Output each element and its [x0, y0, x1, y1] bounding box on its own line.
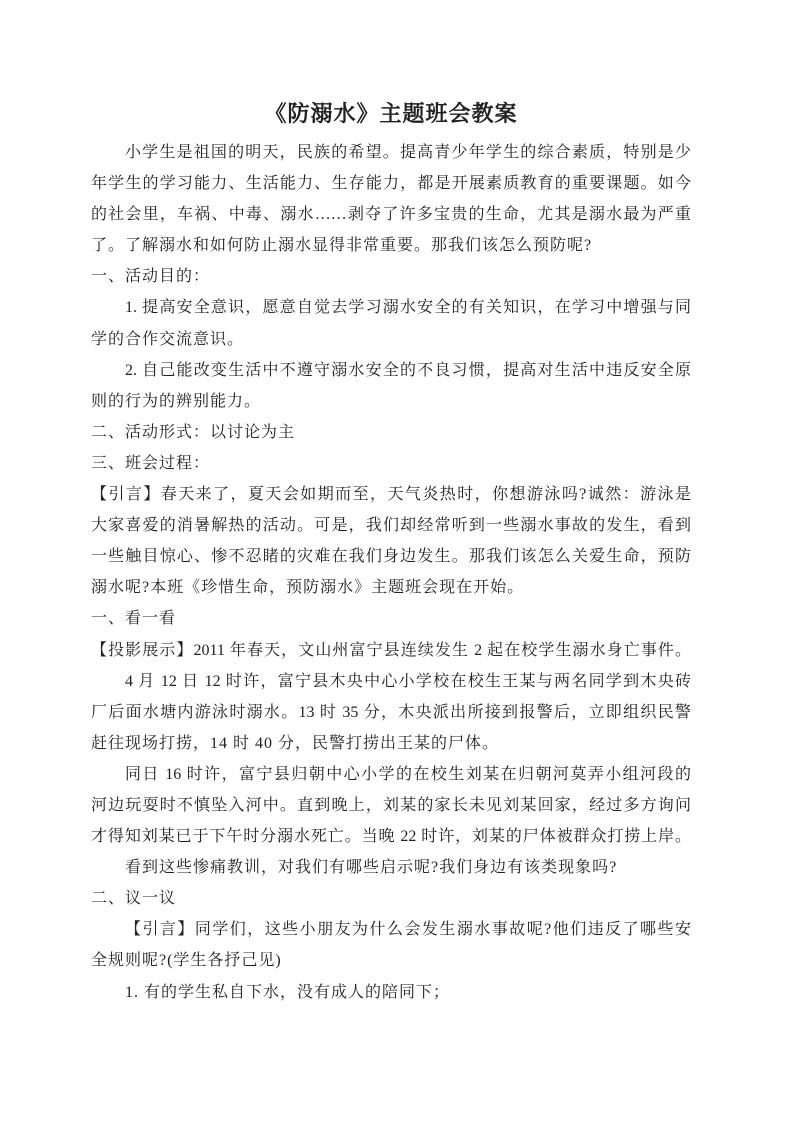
doc-line: 溺水呢?本班《珍惜生命，预防溺水》主题班会现在开始。: [91, 572, 691, 603]
doc-line: 河边玩耍时不慎坠入河中。直到晚上，刘某的家长未见刘某回家，经过多方询问: [91, 790, 691, 821]
doc-line: 赶往现场打捞，14 时 40 分，民警打捞出王某的尸体。: [91, 728, 691, 759]
document-content: 《防溺水》主题班会教案 小学生是祖国的明天，民族的希望。提高青少年学生的综合素质…: [91, 0, 691, 1008]
doc-line: 4 月 12 日 12 时许，富宁县木央中心小学校在校生王某与两名同学到木央砖: [91, 666, 691, 697]
doc-line: 了。了解溺水和如何防止溺水显得非常重要。那我们该怎么预防呢?: [91, 230, 691, 261]
document-page: 《防溺水》主题班会教案 小学生是祖国的明天，民族的希望。提高青少年学生的综合素质…: [0, 0, 793, 1122]
doc-line: 年学生的学习能力、生活能力、生存能力，都是开展素质教育的重要课题。如今: [91, 168, 691, 199]
doc-line: 大家喜爱的消暑解热的活动。可是，我们却经常听到一些溺水事故的发生，看到: [91, 510, 691, 541]
doc-line: 1. 有的学生私自下水，没有成人的陪同下；: [91, 977, 691, 1008]
doc-line: 一、看一看: [91, 603, 691, 634]
doc-line: 的社会里，车祸、中毒、溺水……剥夺了许多宝贵的生命，尤其是溺水最为严重: [91, 199, 691, 230]
doc-line: 同日 16 时许，富宁县归朝中心小学的在校生刘某在归朝河莫弄小组河段的: [91, 759, 691, 790]
doc-line: 【引言】同学们，这些小朋友为什么会发生溺水事故呢?他们违反了哪些安: [91, 914, 691, 945]
doc-line: 学的合作交流意识。: [91, 324, 691, 355]
doc-line: 二、议一议: [91, 883, 691, 914]
doc-line: 2. 自己能改变生活中不遵守溺水安全的不良习惯，提高对生活中违反安全原: [91, 355, 691, 386]
doc-line: 才得知刘某已于下午时分溺水死亡。当晚 22 时许，刘某的尸体被群众打捞上岸。: [91, 821, 691, 852]
doc-line: 则的行为的辨别能力。: [91, 386, 691, 417]
doc-line: 三、班会过程：: [91, 448, 691, 479]
doc-line: 【投影展示】2011 年春天，文山州富宁县连续发生 2 起在校学生溺水身亡事件。: [91, 635, 691, 666]
doc-line: 1. 提高安全意识，愿意自觉去学习溺水安全的有关知识，在学习中增强与同: [91, 292, 691, 323]
document-body: 小学生是祖国的明天，民族的希望。提高青少年学生的综合素质，特别是少年学生的学习能…: [91, 137, 691, 1008]
doc-line: 小学生是祖国的明天，民族的希望。提高青少年学生的综合素质，特别是少: [91, 137, 691, 168]
doc-line: 【引言】春天来了，夏天会如期而至，天气炎热时，你想游泳吗?诚然：游泳是: [91, 479, 691, 510]
doc-line: 一些触目惊心、惨不忍睹的灾难在我们身边发生。那我们该怎么关爱生命，预防: [91, 541, 691, 572]
doc-line: 一、活动目的：: [91, 261, 691, 292]
doc-line: 看到这些惨痛教训，对我们有哪些启示呢?我们身边有该类现象吗?: [91, 852, 691, 883]
doc-line: 厂后面水塘内游泳时溺水。13 时 35 分，木央派出所接到报警后，立即组织民警: [91, 697, 691, 728]
doc-line: 全规则呢?(学生各抒己见): [91, 945, 691, 976]
doc-line: 二、活动形式：以讨论为主: [91, 417, 691, 448]
document-title: 《防溺水》主题班会教案: [91, 95, 691, 133]
